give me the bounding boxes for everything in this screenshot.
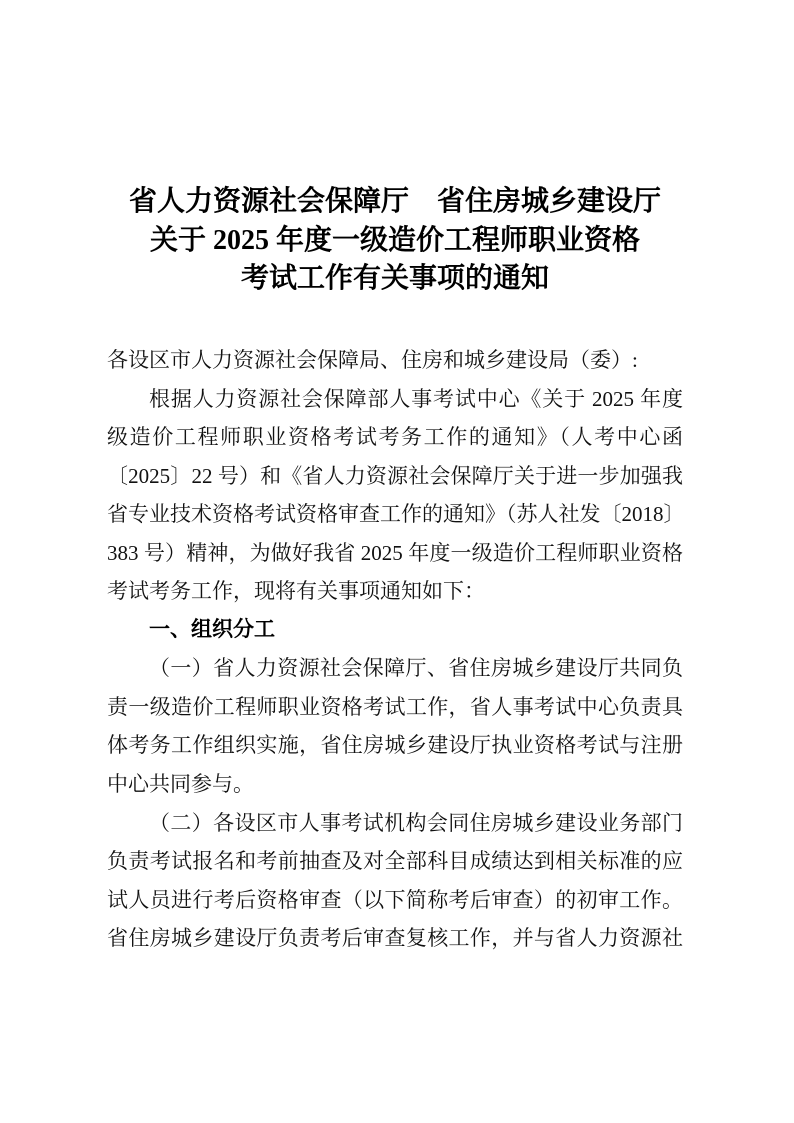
paragraph-line: 中心共同参与。 <box>107 765 683 804</box>
paragraph-line: 省住房城乡建设厅负责考后审查复核工作，并与省人力资源社 <box>107 919 683 958</box>
paragraph-line: （二）各设区市人事考试机构会同住房城乡建设业务部门 <box>107 804 683 843</box>
document-title-line-3: 考试工作有关事项的通知 <box>107 260 683 299</box>
paragraph-line: 试人员进行考后资格审查（以下简称考后审查）的初审工作。 <box>107 881 683 920</box>
paragraph-line: 责一级造价工程师职业资格考试工作，省人事考试中心负责具 <box>107 688 683 727</box>
paragraph-line: 省专业技术资格考试资格审查工作的通知》（苏人社发〔2018〕 <box>107 495 683 534</box>
paragraph-line: 负责考试报名和考前抽查及对全部科目成绩达到相关标准的应 <box>107 842 683 881</box>
salutation-line: 各设区市人力资源社会保障局、住房和城乡建设局（委）: <box>107 341 683 380</box>
paragraph-line: 根据人力资源社会保障部人事考试中心《关于 2025 年度一 <box>107 380 683 419</box>
paragraph-line: 级造价工程师职业资格考试考务工作的通知》（人考中心函 <box>107 418 683 457</box>
paragraph-line: 〔2025〕22 号）和《省人力资源社会保障厅关于进一步加强我 <box>107 457 683 496</box>
paragraph-line: 体考务工作组织实施，省住房城乡建设厅执业资格考试与注册 <box>107 726 683 765</box>
document-title-line-1: 省人力资源社会保障厅 省住房城乡建设厅 <box>107 183 683 222</box>
paragraph-line: 考试考务工作，现将有关事项通知如下： <box>107 572 683 611</box>
document-title: 省人力资源社会保障厅 省住房城乡建设厅 关于 2025 年度一级造价工程师职业资… <box>107 183 683 299</box>
paragraph-line: （一）省人力资源社会保障厅、省住房城乡建设厅共同负 <box>107 649 683 688</box>
paragraph-line: 383 号）精神，为做好我省 2025 年度一级造价工程师职业资格 <box>107 534 683 573</box>
document-title-line-2: 关于 2025 年度一级造价工程师职业资格 <box>107 222 683 261</box>
document-body: 各设区市人力资源社会保障局、住房和城乡建设局（委）: 根据人力资源社会保障部人事… <box>107 341 683 958</box>
section-heading: 一、组织分工 <box>107 611 683 650</box>
document-page: 省人力资源社会保障厅 省住房城乡建设厅 关于 2025 年度一级造价工程师职业资… <box>0 0 794 1123</box>
